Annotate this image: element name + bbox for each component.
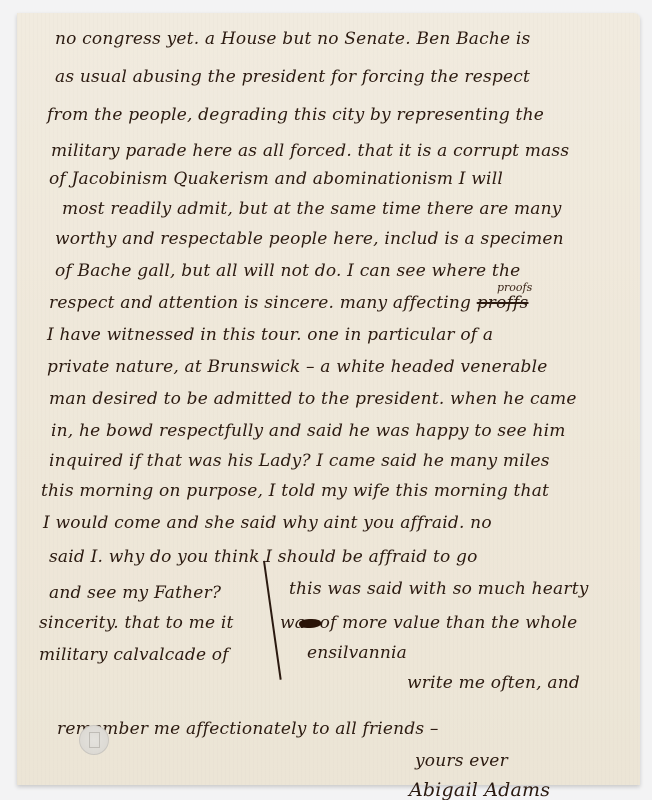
letter-line-11: private nature, at Brunswick – a white h… bbox=[47, 357, 548, 377]
letter-line-12: man desired to be admitted to the presid… bbox=[49, 389, 577, 409]
letter-line-19: sincerity. that to me it bbox=[39, 613, 234, 633]
letter-line-9: respect and attention is sincere. many a… bbox=[49, 293, 528, 313]
closing-remember-line: remember me affectionately to all friend… bbox=[57, 719, 439, 739]
ink-stroke-divider bbox=[263, 561, 282, 680]
closing-write-line: write me often, and bbox=[407, 673, 580, 693]
signature: Abigail Adams bbox=[409, 779, 550, 800]
letter-line-15: this morning on purpose, I told my wife … bbox=[41, 481, 549, 501]
letter-line-3: from the people, degrading this city by … bbox=[47, 105, 544, 125]
letter-line-6: most readily admit, but at the same time… bbox=[62, 199, 562, 219]
right-column-line-3: ensilvannia bbox=[307, 643, 407, 663]
library-seal-stamp-icon bbox=[79, 725, 109, 755]
letter-line-2: as usual abusing the president for forci… bbox=[55, 67, 530, 87]
crossed-out-word: proffs bbox=[477, 293, 529, 313]
letter-page: no congress yet. a House but no Senate. … bbox=[17, 13, 640, 785]
letter-line-20: military calvalcade of bbox=[39, 645, 229, 665]
letter-line-4: military parade here as all forced. that… bbox=[51, 141, 569, 161]
letter-line-18: and see my Father? bbox=[49, 583, 221, 603]
letter-line-8: of Bache gall, but all will not do. I ca… bbox=[55, 261, 520, 281]
letter-line-5: of Jacobinism Quakerism and abominationi… bbox=[49, 169, 503, 189]
letter-line-1: no congress yet. a House but no Senate. … bbox=[55, 29, 530, 49]
right-column-line-1: this was said with so much hearty bbox=[289, 579, 589, 599]
right-column-line-2: was of more value than the whole bbox=[280, 613, 577, 633]
letter-line-7: worthy and respectable people here, incl… bbox=[55, 229, 564, 249]
letter-line-16: I would come and she said why aint you a… bbox=[43, 513, 492, 533]
ink-blot bbox=[299, 619, 321, 628]
letter-line-13: in, he bowd respectfully and said he was… bbox=[51, 421, 566, 441]
valediction: yours ever bbox=[415, 751, 508, 771]
inserted-word: proofs bbox=[497, 281, 532, 294]
letter-line-14: inquired if that was his Lady? I came sa… bbox=[49, 451, 550, 471]
letter-line-10: I have witnessed in this tour. one in pa… bbox=[47, 325, 493, 345]
